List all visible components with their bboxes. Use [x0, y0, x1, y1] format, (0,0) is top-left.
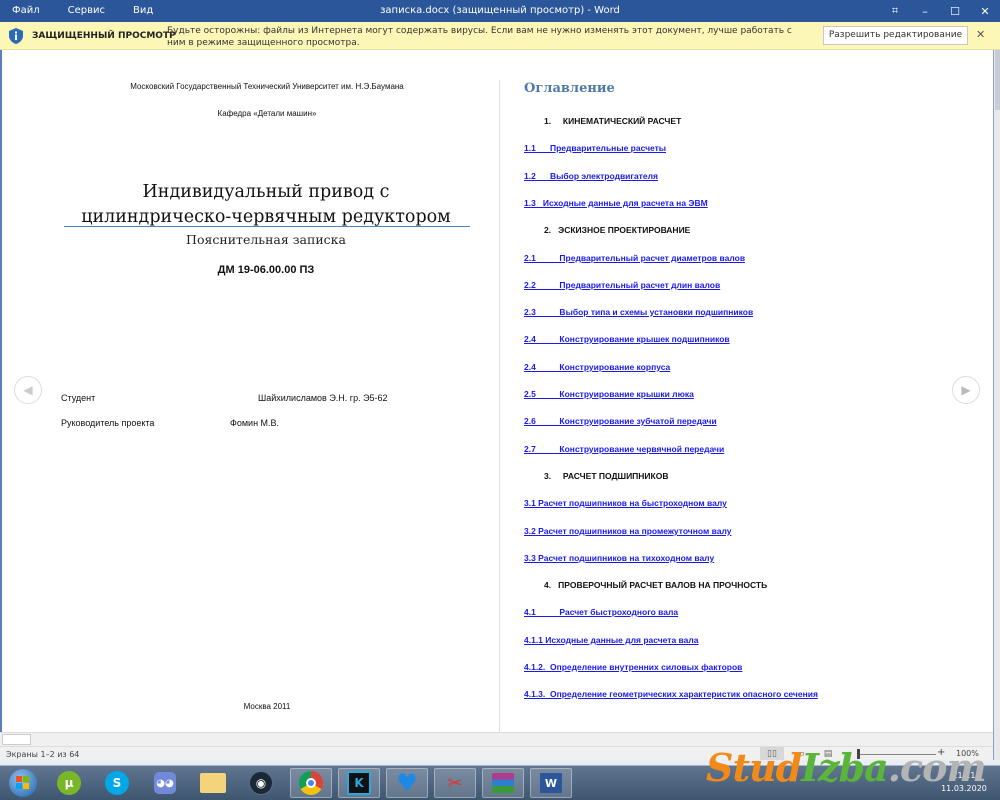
- document-area: Московский Государственный Технический У…: [2, 50, 993, 732]
- clock-time: 21:11: [938, 769, 990, 782]
- taskbar-explorer[interactable]: [192, 768, 234, 798]
- steam-icon: ◉: [249, 771, 273, 795]
- previous-screen-button[interactable]: ◀: [14, 376, 42, 404]
- title-page: Московский Государственный Технический У…: [2, 50, 498, 732]
- zoom-slider-handle[interactable]: [857, 749, 860, 759]
- shield-info-icon: [9, 28, 23, 44]
- taskbar-winrar[interactable]: [482, 768, 524, 798]
- close-message-icon[interactable]: ✕: [976, 28, 985, 41]
- toc-link[interactable]: 1.1 Предварительные расчеты: [524, 143, 666, 153]
- horizontal-scrollbar[interactable]: [2, 734, 31, 745]
- start-button[interactable]: [2, 768, 44, 798]
- toc-title: Оглавление: [524, 81, 615, 96]
- close-icon[interactable]: ✕: [970, 0, 1000, 22]
- toc-link[interactable]: 2.1 Предварительный расчет диаметров вал…: [524, 253, 745, 263]
- document-subtitle: Пояснительная записка: [62, 232, 470, 247]
- supervisor-label: Руководитель проекта: [61, 418, 154, 428]
- title-bar: Файл Сервис Вид записка.docx (защищенный…: [0, 0, 1000, 22]
- taskbar-discord[interactable]: ◕◕: [144, 768, 186, 798]
- utorrent-icon: µ: [57, 771, 81, 795]
- toc-link[interactable]: 2.7 Конструирование червячной передачи: [524, 444, 724, 454]
- toc-link[interactable]: 3.3 Расчет подшипников на тихоходном вал…: [524, 553, 714, 563]
- system-clock[interactable]: 21:11 11.03.2020: [938, 769, 990, 795]
- book-icon: ▯▯: [767, 749, 777, 759]
- status-bar: Экраны 1–2 из 64 ▯▯ ▭ ▤ – + 100%: [0, 732, 993, 760]
- taskbar: µ S ◕◕ ◉ K ♥ ✂ W 21:11 11.03.2020: [0, 766, 1000, 800]
- toc-section-heading: 2. ЭСКИЗНОЕ ПРОЕКТИРОВАНИЕ: [544, 225, 690, 235]
- minimize-icon[interactable]: –: [910, 0, 940, 22]
- student-value: Шайхилисламов Э.Н. гр. Э5-62: [258, 393, 388, 403]
- page-divider: [499, 80, 500, 740]
- arrow-right-icon: ▶: [961, 383, 970, 397]
- taskbar-snipping-tool[interactable]: ✂: [434, 768, 476, 798]
- page-icon: ▭: [796, 749, 805, 759]
- web-page-icon: ▤: [824, 749, 833, 759]
- print-layout-button[interactable]: ▭: [788, 747, 812, 761]
- windows-logo-icon: [9, 769, 37, 797]
- title-line-1: Индивидуальный привод с: [62, 180, 470, 205]
- toc-link[interactable]: 2.3 Выбор типа и схемы установки подшипн…: [524, 307, 753, 317]
- toc-section-heading: 4. ПРОВЕРОЧНЫЙ РАСЧЕТ ВАЛОВ НА ПРОЧНОСТЬ: [544, 580, 767, 590]
- toc-link[interactable]: 4.1 Расчет быстроходного вала: [524, 607, 678, 617]
- next-screen-button[interactable]: ▶: [952, 376, 980, 404]
- taskbar-k-app[interactable]: K: [338, 768, 380, 798]
- supervisor-value: Фомин М.В.: [230, 418, 279, 428]
- folder-icon: [200, 773, 226, 793]
- taskbar-heart-app[interactable]: ♥: [386, 768, 428, 798]
- document-number: ДМ 19-06.00.00 ПЗ: [62, 264, 470, 276]
- discord-icon: ◕◕: [154, 772, 176, 794]
- toc-link[interactable]: 2.6 Конструирование зубчатой передачи: [524, 416, 717, 426]
- zoom-slider[interactable]: [858, 754, 936, 755]
- taskbar-chrome[interactable]: [290, 768, 332, 798]
- toc-link[interactable]: 1.3 Исходные данные для расчета на ЭВМ: [524, 198, 708, 208]
- screen-count: Экраны 1–2 из 64: [6, 750, 79, 759]
- taskbar-steam[interactable]: ◉: [240, 768, 282, 798]
- taskbar-skype[interactable]: S: [96, 768, 138, 798]
- toc-link[interactable]: 3.1 Расчет подшипников на быстроходном в…: [524, 498, 727, 508]
- toc-section-heading: 3. РАСЧЕТ ПОДШИПНИКОВ: [544, 471, 668, 481]
- clock-date: 11.03.2020: [938, 782, 990, 795]
- scrollbar-thumb[interactable]: [995, 50, 1000, 110]
- heart-icon: ♥: [396, 771, 418, 795]
- window-title: записка.docx (защищенный просмотр) - Wor…: [0, 5, 1000, 16]
- toc-link[interactable]: 2.2 Предварительный расчет длин валов: [524, 280, 720, 290]
- toc-link[interactable]: 4.1.2. Определение внутренних силовых фа…: [524, 662, 742, 672]
- status-separator: [0, 746, 993, 747]
- read-mode-button[interactable]: ▯▯: [760, 747, 784, 761]
- k-app-icon: K: [347, 771, 371, 795]
- vertical-scrollbar[interactable]: [993, 50, 1000, 760]
- taskbar-top-strip: [0, 760, 1000, 766]
- scissors-icon: ✂: [447, 773, 462, 794]
- word-icon: W: [540, 773, 562, 793]
- skype-icon: S: [105, 771, 129, 795]
- student-label: Студент: [61, 393, 95, 403]
- taskbar-utorrent[interactable]: µ: [48, 768, 90, 798]
- toc-link[interactable]: 2.4 Конструирование корпуса: [524, 362, 670, 372]
- window-controls: ⌗ – ☐ ✕: [880, 0, 1000, 22]
- city-year: Москва 2011: [2, 702, 532, 711]
- toc-link[interactable]: 1.2 Выбор электродвигателя: [524, 171, 658, 181]
- toc-link[interactable]: 3.2 Расчет подшипников на промежуточном …: [524, 526, 731, 536]
- title-underline: [64, 226, 470, 227]
- zoom-in-button[interactable]: +: [937, 747, 945, 758]
- document-title: Индивидуальный привод с цилиндрическо-че…: [62, 180, 470, 230]
- toc-link[interactable]: 4.1.3. Определение геометрических характ…: [524, 689, 818, 699]
- maximize-icon[interactable]: ☐: [940, 0, 970, 22]
- protected-view-bar: ЗАЩИЩЕННЫЙ ПРОСМОТР Будьте осторожны: фа…: [0, 22, 1000, 50]
- department-name: Кафедра «Детали машин»: [2, 109, 532, 118]
- protected-view-message: Будьте осторожны: файлы из Интернета мог…: [167, 25, 807, 49]
- zoom-out-button[interactable]: –: [847, 747, 852, 758]
- taskbar-word[interactable]: W: [530, 768, 572, 798]
- toc-link[interactable]: 2.4 Конструирование крышек подшипников: [524, 334, 730, 344]
- toc-link[interactable]: 2.5 Конструирование крышки люка: [524, 389, 694, 399]
- toc-section-heading: 1. КИНЕМАТИЧЕСКИЙ РАСЧЕТ: [544, 116, 681, 126]
- protected-view-label: ЗАЩИЩЕННЫЙ ПРОСМОТР: [32, 31, 176, 41]
- zoom-level[interactable]: 100%: [956, 749, 979, 758]
- fullscreen-icon[interactable]: ⌗: [880, 0, 910, 22]
- winrar-icon: [492, 773, 514, 793]
- enable-editing-button[interactable]: Разрешить редактирование: [823, 26, 968, 45]
- chrome-icon: [299, 771, 323, 795]
- university-name: Московский Государственный Технический У…: [2, 82, 532, 91]
- arrow-left-icon: ◀: [23, 383, 32, 397]
- web-layout-button[interactable]: ▤: [816, 747, 840, 761]
- toc-link[interactable]: 4.1.1 Исходные данные для расчета вала: [524, 635, 699, 645]
